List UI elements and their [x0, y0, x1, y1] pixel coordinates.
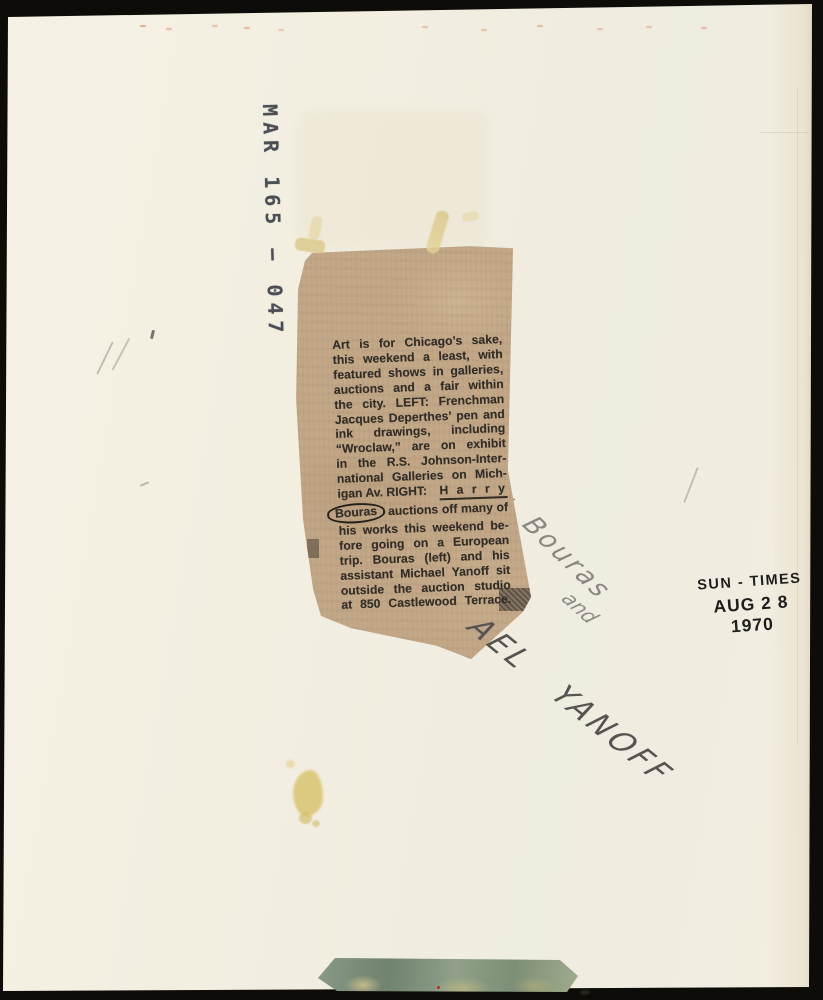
vertical-crease [797, 88, 798, 743]
clipping-caption-text: Art is for Chicago’s sake, this weekend … [332, 332, 512, 613]
newspaper-clipping: Art is for Chicago’s sake, this weekend … [287, 241, 533, 665]
yellow-stain [312, 820, 320, 827]
sun-times-date-stamp: SUN - TIMES AUG 2 8 1970 [692, 570, 810, 640]
caption-text: auctions off many of [388, 500, 508, 519]
yellow-stain [293, 770, 323, 816]
yellow-stain [286, 760, 295, 768]
yellow-stain [299, 812, 312, 824]
red-speck [437, 986, 440, 989]
orange-speck-row [140, 25, 146, 27]
clipping-dark-mark [307, 539, 319, 558]
paper-discoloration [298, 110, 488, 248]
caption-text: igan Av. RIGHT: [337, 484, 427, 502]
photo-back-scan: MAR 165 – 047 Harry Bouras Art is for Ch… [0, 0, 823, 1000]
date-stamp-text: AUG 2 8 1970 [693, 590, 810, 640]
paper-edge-browning [767, 4, 813, 987]
horizontal-crease [760, 132, 808, 133]
dark-speck [580, 990, 590, 995]
underlined-harry: H a r r y [439, 481, 507, 500]
